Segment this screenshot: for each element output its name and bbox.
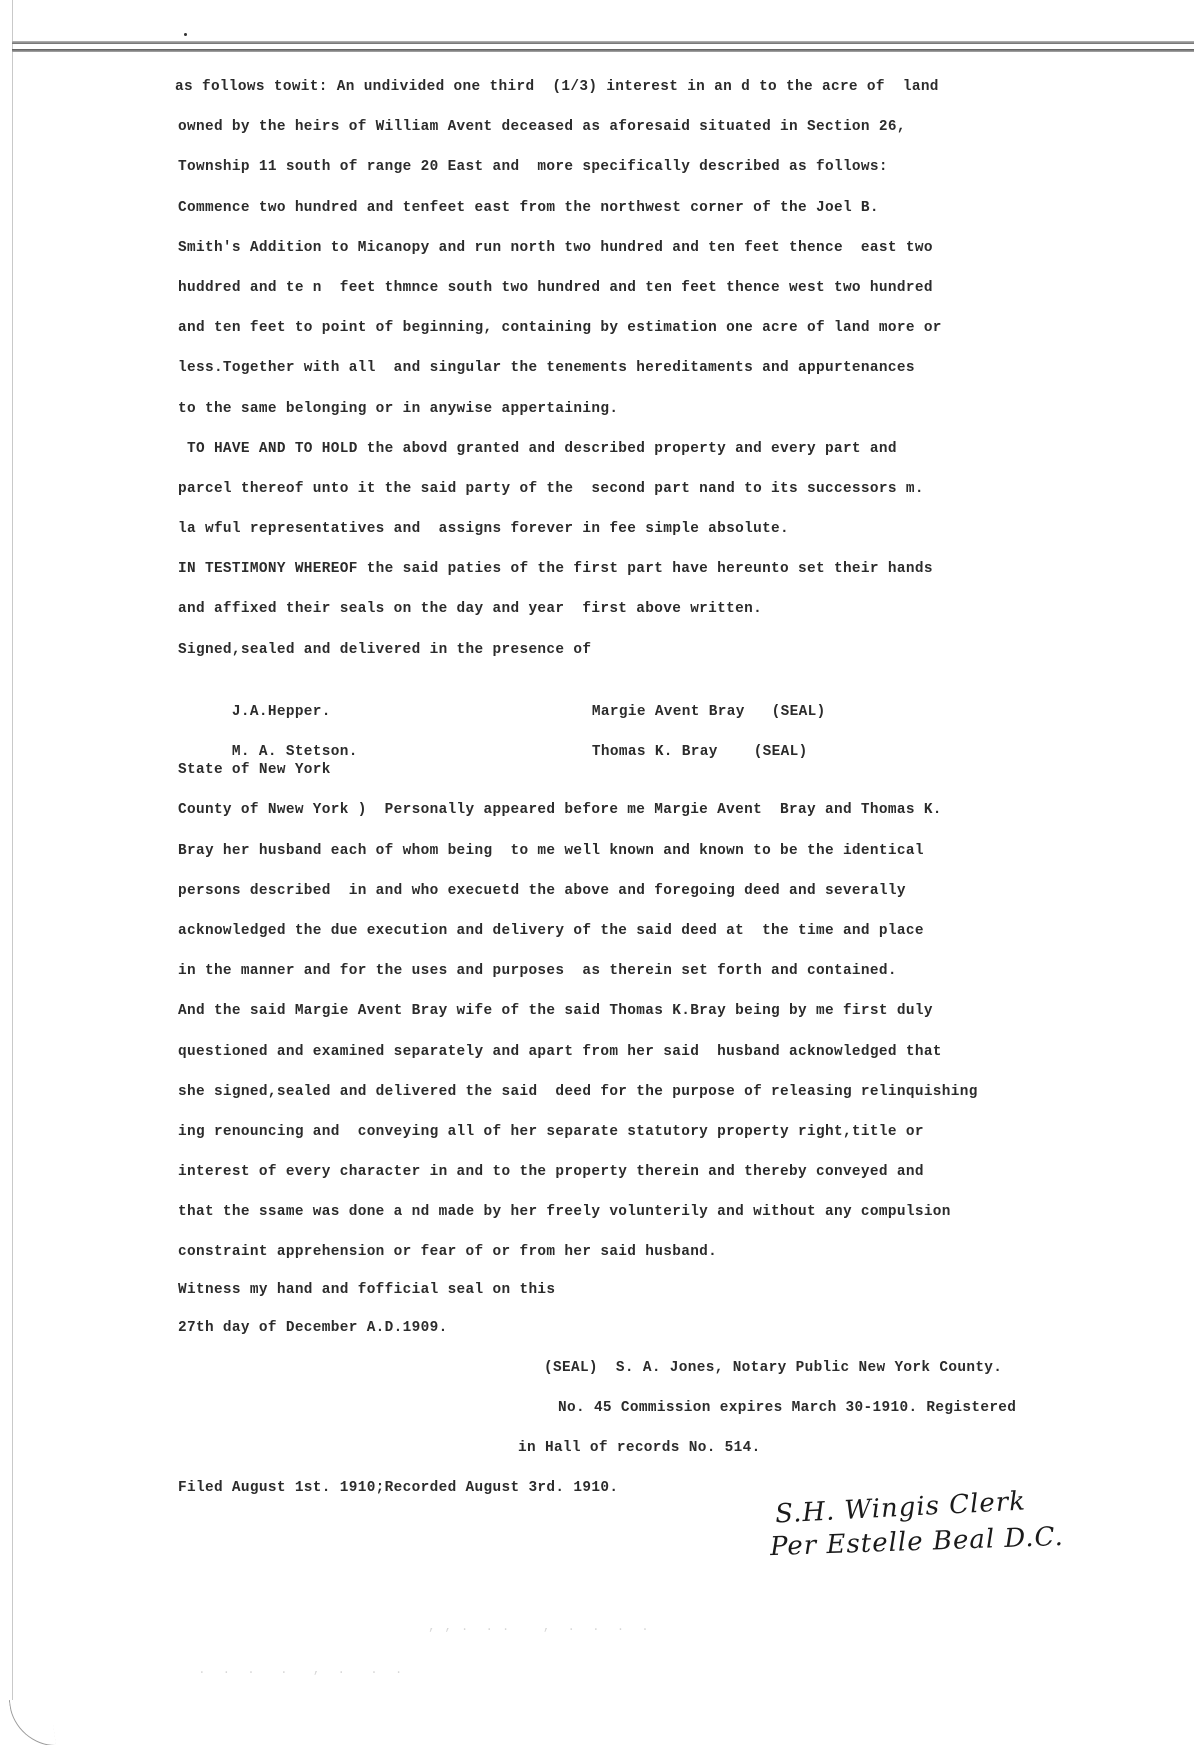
ack-line: ing renouncing and conveying all of her … <box>178 1121 1098 1161</box>
ack-line: County of Nwew York ) Personally appeare… <box>178 799 1098 839</box>
ack-line: that the ssame was done a nd made by her… <box>178 1201 1098 1241</box>
bleed-through-text: , , . . . , . . . . <box>420 1620 650 1634</box>
signatory-row: M. A. Stetson.Thomas K. Bray (SEAL) <box>178 719 1098 759</box>
deed-line: parcel thereof unto it the said party of… <box>178 478 1098 518</box>
deed-line: Signed,sealed and delivered in the prese… <box>178 639 1098 679</box>
hall-of-records-line: in Hall of records No. 514. <box>178 1437 1098 1477</box>
page-left-edge <box>12 0 13 1700</box>
ink-dot <box>184 33 187 36</box>
deed-body: as follows towit: An undivided one third… <box>178 76 1098 1518</box>
notary-seal-line: (SEAL) S. A. Jones, Notary Public New Yo… <box>178 1357 1098 1397</box>
bleed-through-text: . . . . , . . . <box>190 1663 403 1677</box>
ack-line: And the said Margie Avent Bray wife of t… <box>178 1000 1098 1040</box>
deputy-clerk-signature: Per Estelle Beal D.C. <box>770 1522 1065 1562</box>
ack-line: acknowledged the due execution and deliv… <box>178 920 1098 960</box>
header-rule-top <box>12 41 1194 44</box>
page-corner-curl <box>9 1700 56 1745</box>
deed-line: Township 11 south of range 20 East and m… <box>178 156 1098 196</box>
seal-label: (SEAL) <box>754 744 808 760</box>
ack-line: questioned and examined separately and a… <box>178 1041 1098 1081</box>
deed-line: Smith's Addition to Micanopy and run nor… <box>178 237 1098 277</box>
deed-line: and ten feet to point of beginning, cont… <box>178 317 1098 357</box>
witness-name: J.A.Hepper. <box>232 701 592 723</box>
deed-line: less.Together with all and singular the … <box>178 357 1098 397</box>
deed-line: as follows towit: An undivided one third… <box>175 76 1098 116</box>
signatory-row: J.A.Hepper.Margie Avent Bray (SEAL) <box>178 679 1098 719</box>
date-line: 27th day of December A.D.1909. <box>178 1317 1098 1357</box>
habendum-line: TO HAVE AND TO HOLD the abovd granted an… <box>178 438 1098 478</box>
ack-line: interest of every character in and to th… <box>178 1161 1098 1201</box>
ack-line: in the manner and for the uses and purpo… <box>178 960 1098 1000</box>
ack-line: Bray her husband each of whom being to m… <box>178 840 1098 880</box>
deed-line: and affixed their seals on the day and y… <box>178 598 1098 638</box>
deed-line: la wful representatives and assigns fore… <box>178 518 1098 558</box>
testimony-line: IN TESTIMONY WHEREOF the said paties of … <box>178 558 1098 598</box>
deed-line: to the same belonging or in anywise appe… <box>178 398 1098 438</box>
ack-line: she signed,sealed and delivered the said… <box>178 1081 1098 1121</box>
ack-line: State of New York <box>178 759 1098 799</box>
seal-label: (SEAL) <box>772 704 826 720</box>
deed-line: huddred and te n feet thmnce south two h… <box>178 277 1098 317</box>
deed-line: owned by the heirs of William Avent dece… <box>178 116 1098 156</box>
header-rule-bottom <box>12 49 1194 52</box>
grantor-name: Thomas K. Bray <box>592 744 718 760</box>
witness-line: Witness my hand and fofficial seal on th… <box>178 1279 1098 1317</box>
ack-line: constraint apprehension or fear of or fr… <box>178 1241 1098 1279</box>
commission-line: No. 45 Commission expires March 30-1910.… <box>178 1397 1098 1437</box>
ack-line: persons described in and who execuetd th… <box>178 880 1098 920</box>
deed-line: Commence two hundred and tenfeet east fr… <box>178 197 1098 237</box>
document-page: as follows towit: An undivided one third… <box>0 0 1200 1745</box>
grantor-name: Margie Avent Bray <box>592 704 745 720</box>
